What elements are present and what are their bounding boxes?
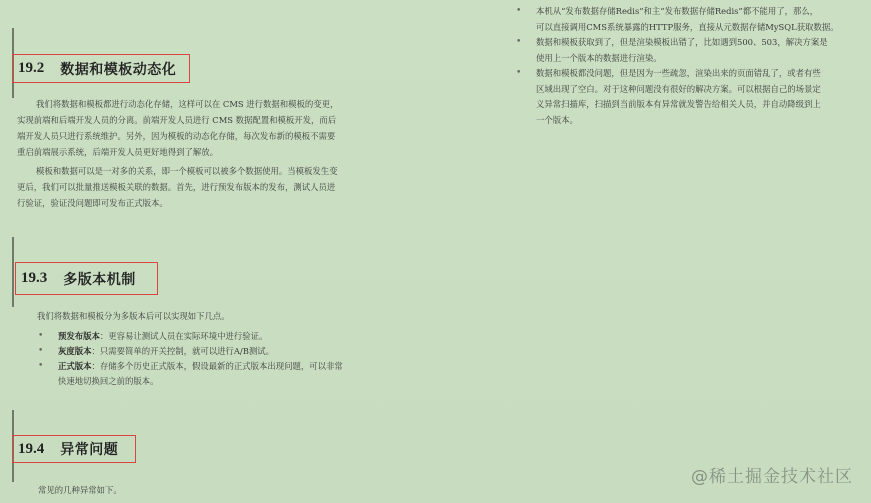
watermark: @稀土掘金技术社区 <box>691 462 853 487</box>
list-item: • 灰度版本：只需要简单的开关控制，就可以进行A/B测试。 <box>38 344 343 359</box>
list-item: • 数据和模板获取到了，但是渲染模板出错了，比如遇到500、503，解决方案是 … <box>516 35 839 66</box>
paragraph-19-4-intro: 常见的几种异常如下。 <box>38 482 122 498</box>
list-term: 灰度版本 <box>58 346 92 356</box>
bullet-icon: • <box>38 329 43 344</box>
list-term: 正式版本 <box>58 361 92 371</box>
list-text: ：只需要简单的开关控制，就可以进行A/B测试。 <box>92 346 275 356</box>
section-number: 19.4 <box>18 441 44 458</box>
paragraph-19-3-intro: 我们将数据和模板分为多版本后可以实现如下几点。 <box>37 308 230 324</box>
text-line: 更后，我们可以批量推送模板关联的数据。首先，进行预发布版本的发布，测试人员进 <box>17 179 338 195</box>
section-heading-19-3: 19.3 多版本机制 <box>15 262 158 295</box>
section-heading-19-2: 19.2 数据和模板动态化 <box>12 54 190 83</box>
section-heading-19-4: 19.4 异常问题 <box>12 435 136 463</box>
bullet-icon: • <box>38 359 43 374</box>
list-text: 区域出现了空白。对于这种问题没有很好的解决方案。可以根据自己的场景定 <box>536 84 821 94</box>
text-line: 端开发人员只进行系统维护。另外，因为模板的动态化存储，每次发布新的模板不需要 <box>17 128 338 144</box>
text-line: 常见的几种异常如下。 <box>38 482 122 498</box>
section-title: 数据和模板动态化 <box>60 59 176 79</box>
list-text: 数据和模板获取到了，但是渲染模板出错了，比如遇到500、503，解决方案是 <box>536 37 828 47</box>
bullet-icon: • <box>516 35 521 51</box>
list-text: ：更容易让测试人员在实际环境中进行验证。 <box>100 331 268 341</box>
text-line: 模板和数据可以是一对多的关系，即一个模板可以被多个数据使用。当模板发生变 <box>17 163 338 179</box>
list-text: 使用上一个版本的数据进行渲染。 <box>536 53 662 63</box>
list-item: • 本机从“发布数据存储Redis”和主“发布数据存储Redis”都不能用了，那… <box>516 4 839 35</box>
bullet-icon: • <box>516 4 521 20</box>
section-title: 多版本机制 <box>63 269 136 289</box>
list-item: • 数据和模板都没问题，但是因为一些疏忽，渲染出来的页面错乱了，或者有些 区域出… <box>516 66 839 128</box>
section-title: 异常问题 <box>60 439 118 459</box>
list-item: • 正式版本：存储多个历史正式版本，假设最新的正式版本出现问题，可以非常 快速地… <box>38 359 343 389</box>
list-text: 义异常扫描库，扫描到当前版本有异常就发警告给相关人员，并自动降级到上 <box>536 99 821 109</box>
list-text: ：存储多个历史正式版本，假设最新的正式版本出现问题，可以非常 <box>92 361 343 371</box>
text-line: 我们将数据和模板分为多版本后可以实现如下几点。 <box>37 308 230 324</box>
list-text: 本机从“发布数据存储Redis”和主“发布数据存储Redis”都不能用了，那么， <box>536 6 818 16</box>
paragraph-19-2-2: 模板和数据可以是一对多的关系，即一个模板可以被多个数据使用。当模板发生变 更后，… <box>17 163 338 211</box>
list-text-continued: 快速地切换回之前的版本。 <box>58 376 159 386</box>
text-line: 实现前端和后端开发人员的分离。前端开发人员进行 CMS 数据配置和模板开发，而后 <box>17 112 338 128</box>
list-term: 预发布版本 <box>58 331 100 341</box>
text-line: 行验证，验证没问题即可发布正式版本。 <box>17 195 338 211</box>
paragraph-19-2-1: 我们将数据和模板都进行动态化存储，这样可以在 CMS 进行数据和模板的变更， 实… <box>17 96 338 160</box>
version-list: • 预发布版本：更容易让测试人员在实际环境中进行验证。 • 灰度版本：只需要简单… <box>38 329 343 389</box>
section-bar-19-3 <box>12 237 14 307</box>
exception-list: • 本机从“发布数据存储Redis”和主“发布数据存储Redis”都不能用了，那… <box>516 4 839 128</box>
list-text: 可以直接调用CMS系统暴露的HTTP服务，直接从元数据存储MySQL获取数据。 <box>536 22 839 32</box>
list-item: • 预发布版本：更容易让测试人员在实际环境中进行验证。 <box>38 329 343 344</box>
text-line: 我们将数据和模板都进行动态化存储，这样可以在 CMS 进行数据和模板的变更， <box>17 96 338 112</box>
list-text: 一个版本。 <box>536 115 578 125</box>
list-text: 数据和模板都没问题，但是因为一些疏忽，渲染出来的页面错乱了，或者有些 <box>536 68 821 78</box>
text-line: 重启前端展示系统，后端开发人员更好地得到了解放。 <box>17 144 338 160</box>
section-number: 19.2 <box>18 60 44 77</box>
bullet-icon: • <box>516 66 521 82</box>
bullet-icon: • <box>38 344 43 359</box>
book-page: 19.2 数据和模板动态化 我们将数据和模板都进行动态化存储，这样可以在 CMS… <box>0 0 871 503</box>
section-number: 19.3 <box>21 270 47 287</box>
